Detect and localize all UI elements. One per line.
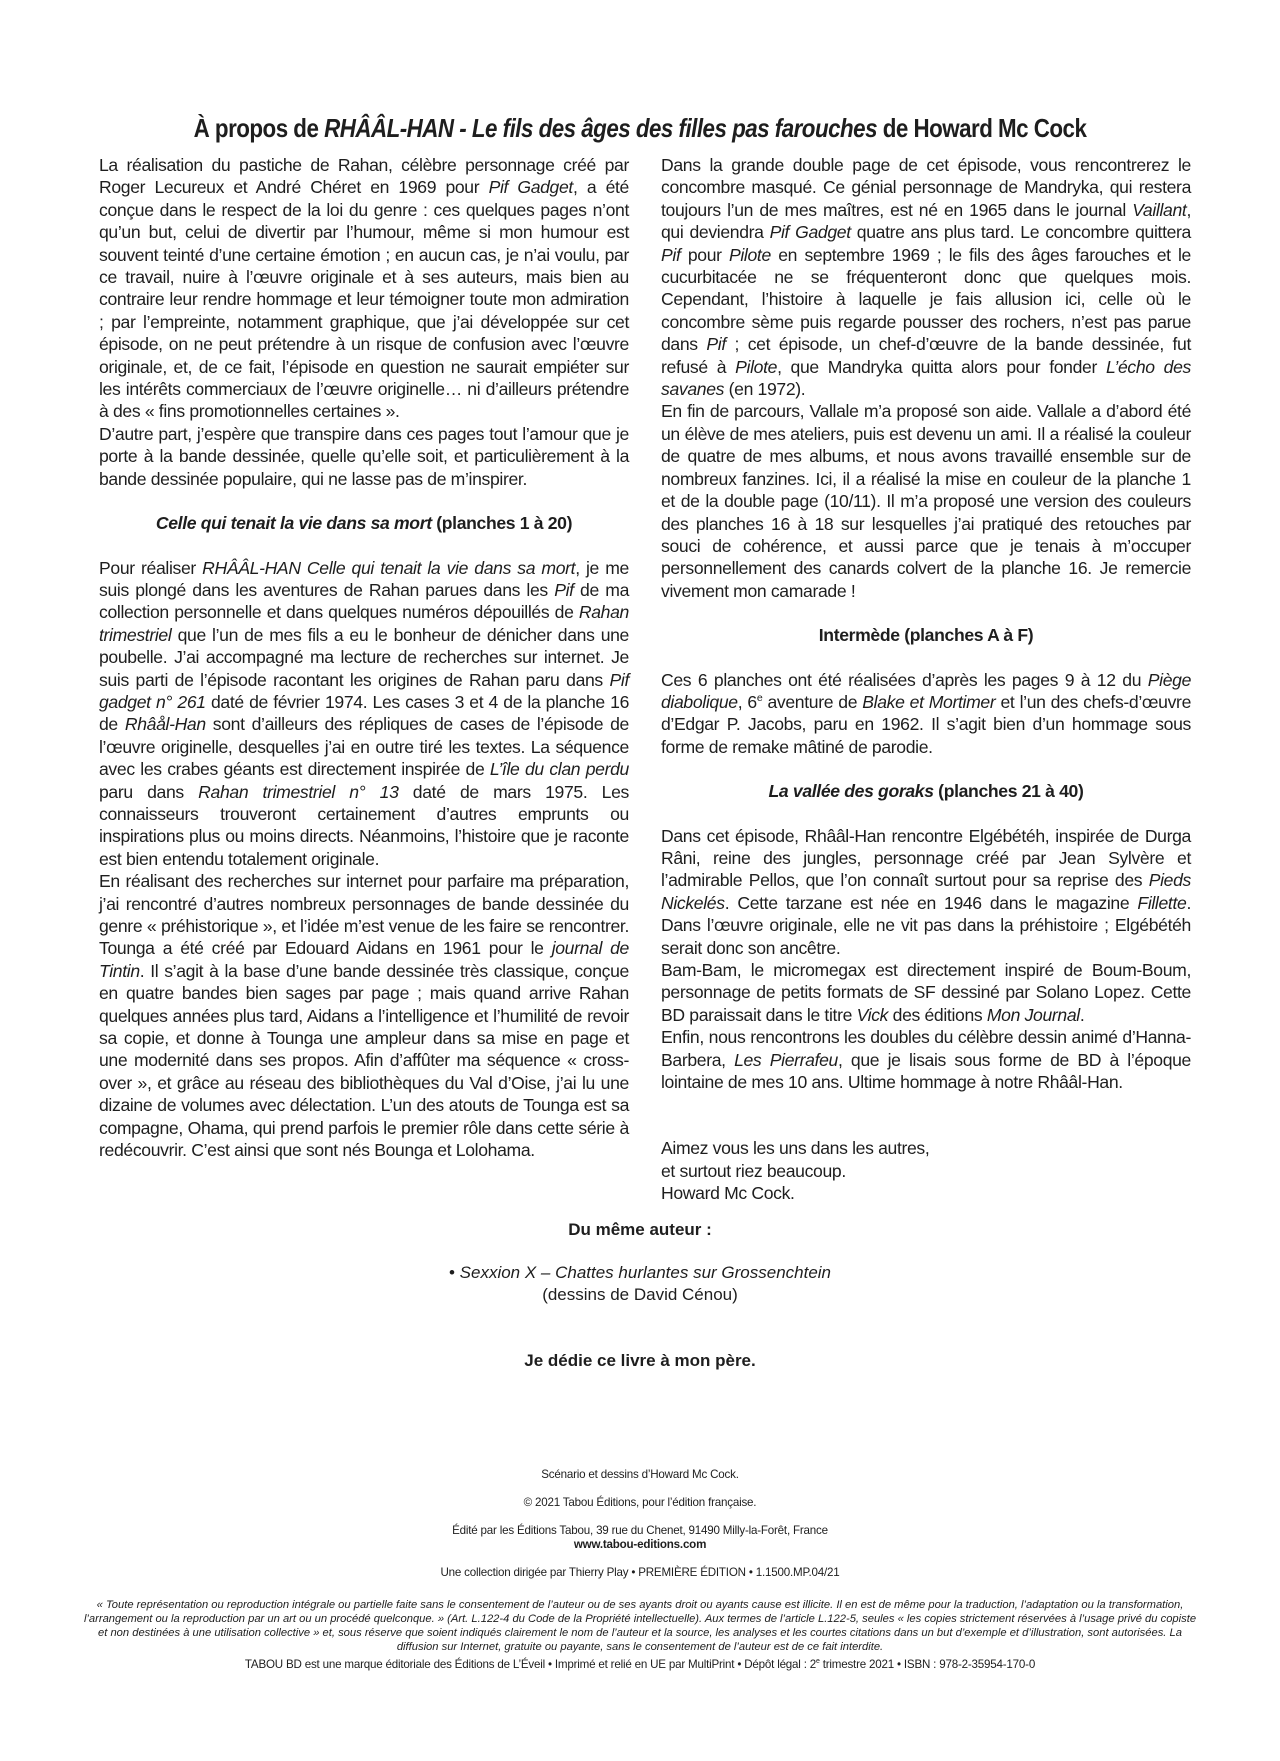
section3-paragraph-1: Dans cet épisode, Rhââl-Han rencontre El… (661, 825, 1191, 959)
credits-publisher: Édité par les Éditions Tabou, 39 rue du … (0, 1524, 1280, 1538)
heading-italic: Celle qui tenait la vie dans sa mort (156, 513, 432, 533)
book-title: Sexxion X – Chattes hurlantes sur Grosse… (460, 1263, 831, 1282)
signature-name: Howard Mc Cock. (661, 1182, 1191, 1204)
dedication: Je dédie ce livre à mon père. (0, 1351, 1280, 1371)
same-author-heading: Du même auteur : (0, 1220, 1280, 1240)
section-heading-goraks: La vallée des goraks (planches 21 à 40) (661, 780, 1191, 802)
imprint-text: TABOU BD est une marque éditoriale des É… (245, 1658, 816, 1671)
signature-line: Aimez vous les uns dans les autres, (661, 1137, 1191, 1159)
title-author: de Howard Mc Cock (877, 113, 1086, 143)
heading-range: (planches 21 à 40) (934, 781, 1084, 801)
section3-paragraph-3: Enfin, nous rencontrons les doubles du c… (661, 1026, 1191, 1093)
section1-paragraph-2: En réalisant des recherches sur internet… (99, 870, 629, 1161)
publisher-website-link[interactable]: www.tabou-editions.com (0, 1538, 1280, 1552)
legal-notice: « Toute représentation ou reproduction i… (0, 1598, 1280, 1654)
section1-paragraph-4: En fin de parcours, Vallale m’a proposé … (661, 400, 1191, 602)
section1-paragraph-1: Pour réaliser RHÂÂL-HAN Celle qui tenait… (99, 557, 629, 871)
title-work: RHÂÂL-HAN - Le fils des âges des filles … (324, 113, 877, 143)
section2-paragraph-1: Ces 6 planches ont été réalisées d’après… (661, 669, 1191, 759)
section1-paragraph-3: Dans la grande double page de cet épisod… (661, 154, 1191, 400)
credits-scenario: Scénario et dessins d’Howard Mc Cock. (0, 1468, 1280, 1482)
signature-line: et surtout riez beaucoup. (661, 1160, 1191, 1182)
signature-block: Aimez vous les uns dans les autres, et s… (661, 1137, 1191, 1204)
book-credit: (dessins de David Cénou) (0, 1284, 1280, 1306)
imprint-line: TABOU BD est une marque éditoriale des É… (0, 1658, 1280, 1672)
heading-italic: La vallée des goraks (769, 781, 934, 801)
intro-paragraph-2: D’autre part, j’espère que transpire dan… (99, 423, 629, 490)
left-column: La réalisation du pastiche de Rahan, cél… (99, 154, 629, 1161)
credits-copyright: © 2021 Tabou Éditions, pour l’édition fr… (0, 1496, 1280, 1510)
section3-paragraph-2: Bam-Bam, le micromegax est directement i… (661, 959, 1191, 1026)
section-heading-intermede: Intermède (planches A à F) (661, 624, 1191, 646)
imprint-text: trimestre 2021 • ISBN : 978-2-35954-170-… (820, 1658, 1035, 1671)
page-title: À propos de RHÂÂL-HAN - Le fils des âges… (90, 113, 1191, 144)
title-prefix: À propos de (194, 113, 324, 143)
credits-collection: Une collection dirigée par Thierry Play … (0, 1566, 1280, 1580)
intro-paragraph-1: La réalisation du pastiche de Rahan, cél… (99, 154, 629, 423)
section-heading-celle: Celle qui tenait la vie dans sa mort (pl… (99, 512, 629, 534)
right-column: Dans la grande double page de cet épisod… (661, 154, 1191, 1205)
bullet-icon: • (449, 1263, 455, 1282)
credits-block: Scénario et dessins d’Howard Mc Cock. © … (0, 1468, 1280, 1594)
same-author-item: • Sexxion X – Chattes hurlantes sur Gros… (0, 1262, 1280, 1306)
heading-range: (planches 1 à 20) (432, 513, 572, 533)
